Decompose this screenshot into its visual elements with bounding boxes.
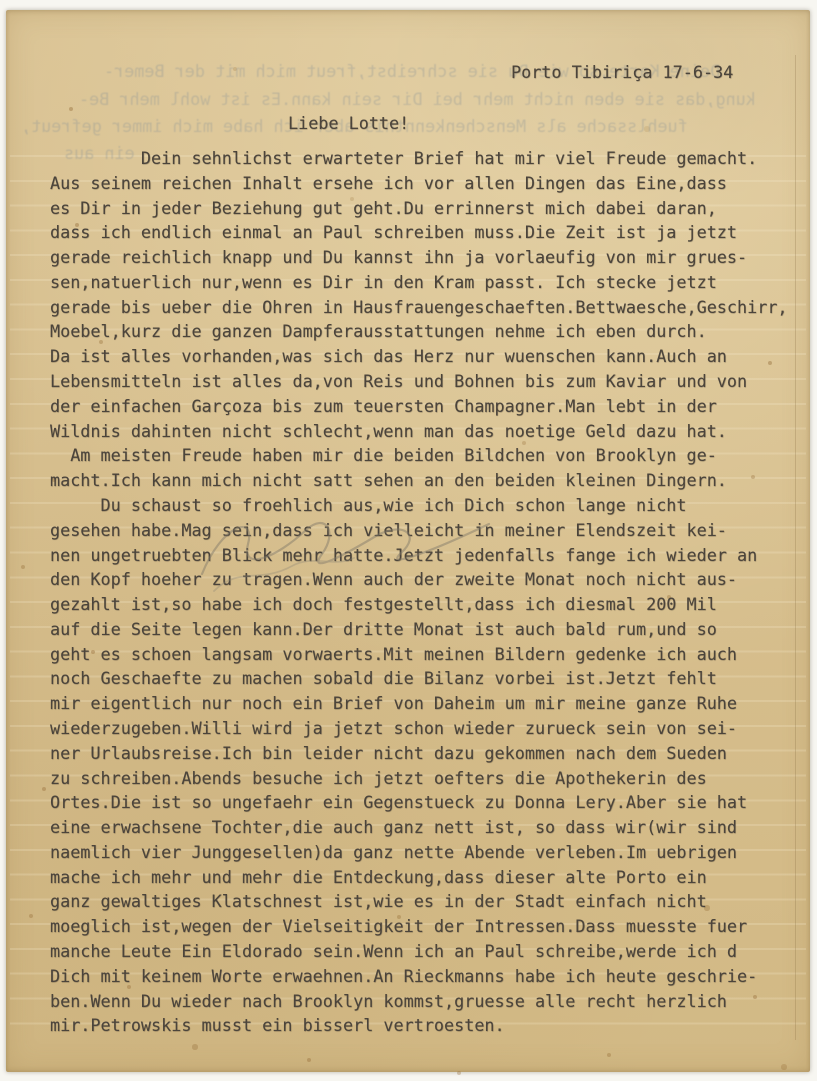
letter-dateline: Porto Tibiriça 17-6-34	[511, 60, 733, 85]
letter-salutation: Liebe Lotte!	[288, 111, 409, 136]
letter-paper: Deine Karte,so wie Du sie schreibst,freu…	[6, 10, 810, 1072]
paper-foxing-speckles	[6, 10, 8, 12]
pencil-scribble	[184, 496, 514, 606]
paper-crease-line	[795, 55, 796, 1040]
bleedthrough-text-line: kung,das sie eben nicht mehr bei Dir sei…	[79, 87, 756, 111]
scanned-letter-page: Deine Karte,so wie Du sie schreibst,freu…	[0, 0, 817, 1081]
